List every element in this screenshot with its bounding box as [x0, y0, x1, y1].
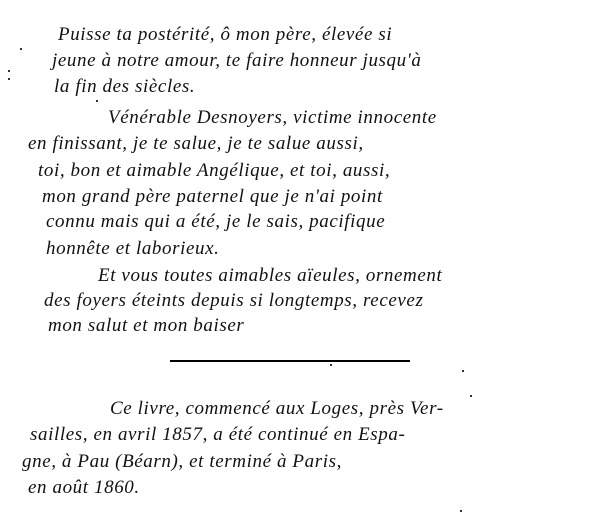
scan-speck	[8, 78, 10, 80]
text-line: en finissant, je te salue, je te salue a…	[28, 133, 364, 155]
text-line: jeune à notre amour, te faire honneur ju…	[52, 50, 422, 72]
text-line: Et vous toutes aimables aïeules, ornemen…	[98, 265, 442, 287]
text-line: sailles, en avril 1857, a été continué e…	[30, 424, 405, 446]
separator-rule	[170, 360, 410, 362]
text-line: Vénérable Desnoyers, victime innocente	[108, 107, 437, 129]
text-line: Ce livre, commencé aux Loges, près Ver-	[110, 398, 444, 420]
text-line: mon salut et mon baiser	[48, 315, 244, 337]
scan-speck	[20, 48, 22, 50]
text-line: honnête et laborieux.	[46, 238, 220, 260]
text-line: gne, à Pau (Béarn), et terminé à Paris,	[22, 451, 342, 473]
scan-speck	[462, 370, 464, 372]
text-line: Puisse ta postérité, ô mon père, élevée …	[58, 24, 392, 46]
scan-speck	[96, 100, 98, 102]
scan-speck	[330, 364, 332, 366]
text-line: connu mais qui a été, je le sais, pacifi…	[46, 211, 385, 233]
text-line: toi, bon et aimable Angélique, et toi, a…	[38, 160, 390, 182]
text-line: mon grand père paternel que je n'ai poin…	[42, 186, 383, 208]
text-line: en août 1860.	[28, 477, 140, 499]
scan-speck	[460, 510, 462, 512]
scan-speck	[470, 395, 472, 397]
text-line: des foyers éteints depuis si longtemps, …	[44, 290, 423, 312]
scan-speck	[8, 70, 10, 72]
text-line: la fin des siècles.	[54, 76, 195, 98]
manuscript-page: Puisse ta postérité, ô mon père, élevée …	[0, 0, 600, 514]
